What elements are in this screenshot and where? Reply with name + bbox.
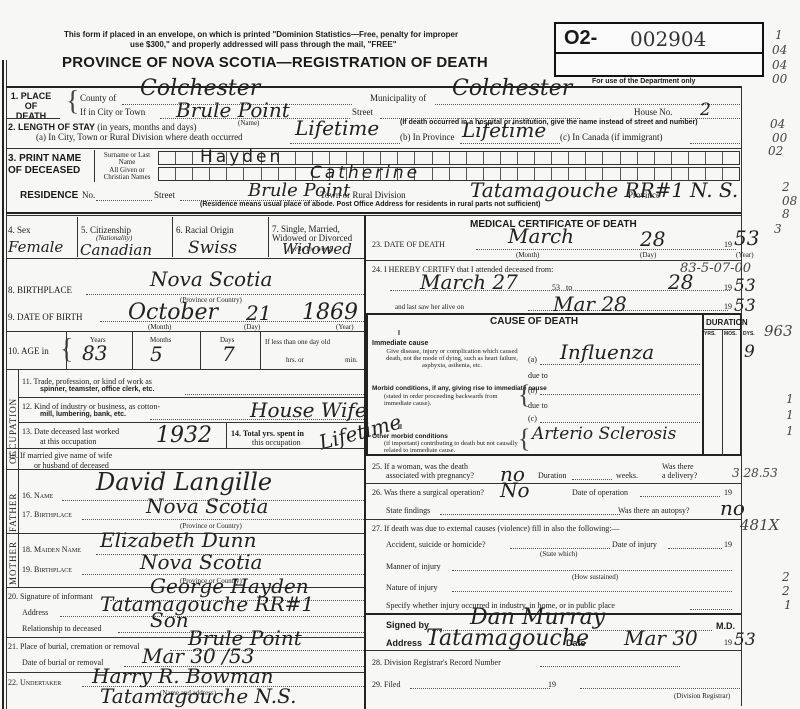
cause-a-value[interactable]: Influenza [560,340,654,364]
duration-days-col: DYS. [743,331,755,337]
margin-note: 1 [786,424,794,438]
immediate-cause-desc: Give disease, injury or complication whi… [384,348,520,369]
age-label: 10. AGE in [8,346,49,356]
residence-town-label: Town or Rural Division [320,190,406,200]
delivery-value[interactable]: 3.28.53 [732,466,778,480]
attended-from-value[interactable]: March 27 [420,270,518,294]
delivery-label-2: a delivery? [662,471,697,480]
day-caption: (Day) [244,323,260,331]
due-to-label-2: due to [528,401,548,410]
industry-value[interactable]: House Wife [250,398,367,422]
page-title: PROVINCE OF NOVA SCOTIA—REGISTRATION OF … [62,54,488,71]
margin-note: 1 [786,392,794,406]
dod-day-caption: (Day) [640,251,656,259]
certificate-date-label: Date [566,638,586,648]
city-value[interactable]: Brule Point [176,98,290,122]
physician-address-label: Address [386,638,422,648]
section-numeral-ii: II [398,424,402,431]
margin-note: 04 [772,58,787,72]
father-birthplace-label: 17. Birthplace [22,510,72,519]
injury-year-prefix: 19 [724,540,732,549]
stay-province-label: (b) In Province [400,132,454,142]
municipality-label: Municipality of [370,93,426,103]
last-worked-label-2: at this occupation [40,437,96,446]
date-of-death-month[interactable]: March [508,224,574,248]
month-caption: (Month) [148,323,171,331]
age-years-value[interactable]: 83 [82,341,107,365]
total-years-label-2: this occupation [252,438,301,447]
how-sustained-caption: (How sustained) [572,573,618,581]
margin-note: 04 [772,43,787,57]
accident-label: Accident, suicide or homicide? [386,540,486,549]
cause-b-label: (b) [528,386,537,395]
cause-a-label: (a) [528,355,537,364]
undertaker-label: 22. Undertaker [8,678,61,687]
year-caption: (Year) [336,323,354,331]
date-of-death-label: 23. DATE OF DEATH [372,240,445,249]
trade-label-1: 11. Trade, profession, or kind of work a… [22,377,152,386]
death-registration-form: This form if placed in an envelope, on w… [0,0,800,709]
margin-note: 02 [768,144,783,158]
date-of-death-year[interactable]: 53 [734,226,759,250]
manner-of-injury-label: Manner of injury [386,562,441,571]
dod-year-caption: (Year) [736,251,754,259]
injury-date-label: Date of injury [612,540,657,549]
date-of-death-day[interactable]: 28 [640,227,665,251]
date-of-birth-label: 9. DATE OF BIRTH [8,312,82,322]
registration-number-box: O2- 002904 [554,22,764,77]
surname-label: Surname or Last Name [98,152,156,166]
physician-address-value[interactable]: Tatamagouche [426,626,589,651]
margin-note: 00 [772,131,787,145]
hours-label: hrs. or [286,356,304,364]
certificate-date-value[interactable]: Mar 30 [624,626,698,650]
place-of-death-label: 1. PLACE OF DEATH [8,91,54,121]
margin-note: 2 [782,584,790,598]
cause-of-death-title: CAUSE OF DEATH [490,316,578,327]
residence-street-label: Street [154,190,175,200]
sex-value[interactable]: Female [8,238,63,256]
duration-weeks-label: Duration [538,471,566,480]
weeks-label: weeks. [616,471,638,480]
informant-address-label: Address [22,608,48,617]
autopsy-label: Was there an autopsy? [618,506,690,515]
minutes-label: min. [345,356,358,364]
other-conditions-value[interactable]: Arterio Sclerosis [532,424,676,444]
registration-prefix: O2- [564,27,597,50]
residence-label: RESIDENCE [20,190,78,201]
immediate-cause-label: Immediate cause [372,340,428,347]
duration-years-col: YRS. [704,331,716,337]
cause-a-duration-days[interactable]: 9 [744,342,755,362]
informant-signature-label: 20. Signature of informant [8,592,93,601]
margin-note: 1 [784,598,792,612]
signed-by-label: Signed by [386,620,429,630]
certificate-year-prefix: 19 [724,638,732,647]
due-to-label-1: due to [528,371,548,380]
surgery-value[interactable]: No [500,478,530,502]
mail-notice-line2: use $300," and properly addressed will p… [130,40,397,49]
margin-note: 2 [782,180,790,194]
name-caption: (Name) [238,119,259,127]
house-number-value[interactable]: 2 [700,100,711,120]
surgery-label: 26. Was there a surgical operation? [372,488,484,497]
father-name-label: 16. Name [22,491,53,500]
informant-relationship-label: Relationship to deceased [22,624,102,633]
house-number-label: House No. [634,107,673,117]
informant-relationship-value[interactable]: Son [150,608,189,632]
informant-address-value[interactable]: Tatamagouche RR#1 [100,592,314,616]
margin-note-duration: 963 [764,322,793,340]
city-label: If in City or Town [80,107,145,117]
sex-label: 4. Sex [8,225,31,235]
residence-note: (Residence means usual place of abode. P… [200,201,541,208]
industry-label-1: 12. Kind of industry or business, as cot… [22,402,160,411]
last-worked-label-1: 13. Date deceased last worked [22,427,119,436]
last-saw-label: and last saw her alive on [395,303,464,311]
father-side-label: FATHER [8,472,18,532]
left-border-inner [6,60,7,709]
mother-birthplace-label: 19. Birthplace [22,565,72,574]
mail-notice-line1: This form if placed in an envelope, on w… [64,30,458,39]
left-border [2,60,4,709]
dob-year-value[interactable]: 1869 [302,300,358,325]
trade-label-2: spinner, teamster, office clerk, etc. [40,386,154,393]
nature-of-injury-label: Nature of injury [386,583,438,592]
cause-c-label: (c) [528,414,537,423]
filed-year-prefix: 19 [548,680,556,689]
registration-number: 002904 [630,27,706,51]
dod-month-caption: (Month) [516,251,539,259]
surname-value[interactable]: Hayden [200,147,283,167]
county-label: County of [80,93,116,103]
stay-city-value[interactable]: Lifetime [295,116,379,140]
record-number-label: 28. Division Registrar's Record Number [372,658,501,667]
margin-note: 1 [775,28,783,42]
less-than-day-label: If less than one day old [265,338,330,346]
margin-note: 08 [782,194,797,208]
residence-province-label: Province [628,190,660,200]
stay-province-value[interactable]: Lifetime [462,118,546,142]
stay-city-label: (a) In City, Town or Rural Division wher… [36,132,243,142]
hospital-note: (If death occurred in a hospital or inst… [400,119,698,126]
father-birthplace-value[interactable]: Nova Scotia [146,494,268,518]
father-name-value[interactable]: David Langille [96,468,272,496]
division-registrar-caption: (Division Registrar) [674,692,730,700]
mother-birthplace-value[interactable]: Nova Scotia [140,550,262,574]
delivery-label-1: Was there [662,462,694,471]
duration-months-col: MOS. [724,331,737,337]
attended-from-year[interactable]: 53 [552,283,560,292]
pregnancy-label-1: 25. If a woman, was the death [372,462,468,471]
to-label: to [566,283,572,292]
certificate-year-value[interactable]: 53 [734,630,756,650]
attended-to-year[interactable]: 53 [734,276,756,296]
margin-note: 1 [786,408,794,422]
age-days-value[interactable]: 7 [222,342,235,366]
marital-status-value[interactable]: Widowed [282,240,352,258]
attended-to-year-prefix: 19 [724,283,732,292]
total-years-label-1: 14. Total yrs. spent in [231,429,304,438]
margin-note: 8 [782,207,790,221]
mother-side-label: MOTHER [8,535,18,585]
racial-origin-value[interactable]: Swiss [188,238,237,258]
operation-date-label: Date of operation [572,488,628,497]
burial-place-label: 21. Place of burial, cremation or remova… [8,642,140,651]
margin-note: 00 [772,72,787,86]
citizenship-value[interactable]: Canadian [80,241,152,259]
given-names-label: All Given or Christian Names [98,167,156,181]
spouse-label-1: 15. If married give name of wife [8,451,112,460]
margin-note: 2 [782,570,790,584]
other-conditions-desc: (if important) contributing to death but… [384,440,520,454]
age-months-value[interactable]: 5 [150,342,163,366]
dob-day-value[interactable]: 21 [246,301,271,325]
death-year-prefix: 19 [724,240,732,249]
external-causes-label: 27. If death was due to external causes … [372,524,619,533]
pregnancy-label-2: associated with pregnancy? [386,471,474,480]
margin-note: 3 [774,222,782,236]
filed-label: 29. Filed [372,680,400,689]
residence-no-label: No. [82,190,95,200]
other-conditions-label: Other morbid conditions [372,433,448,440]
racial-origin-label: 6. Racial Origin [176,225,234,235]
department-note: For use of the Department only [592,78,695,85]
md-label: M.D. [716,621,735,631]
margin-note: 04 [770,117,785,131]
last-worked-value[interactable]: 1932 [156,423,212,448]
section-numeral-i: I [398,330,400,337]
residence-province-value[interactable]: N. S. [690,178,738,202]
length-of-stay-label: 2. LENGTH OF STAY (in years, months and … [8,122,197,132]
last-saw-year-prefix: 19 [724,302,732,311]
birthplace-value[interactable]: Nova Scotia [150,267,272,291]
industry-label-2: mill, lumbering, bank, etc. [40,411,126,418]
mother-maiden-label: 18. Maiden Name [22,545,81,554]
dob-month-value[interactable]: October [128,300,218,325]
undertaker-caption: (Name and address) [160,689,216,697]
birthplace-label: 8. BIRTHPLACE [8,285,72,295]
state-which-caption: (State which) [540,550,578,558]
mother-maiden-value[interactable]: Elizabeth Dunn [100,528,256,552]
municipality-value[interactable]: Colchester [452,76,572,101]
state-findings-label: State findings [386,506,430,515]
morbid-conditions-desc: (stated in order proceeding backwards fr… [384,393,520,407]
margin-note-violence: 481X [740,516,779,534]
stay-canada-label: (c) In Canada (if immigrant) [560,132,662,142]
attended-to-value[interactable]: 28 [668,270,693,294]
print-name-label: 3. PRINT NAME OF DECEASED [8,153,81,177]
